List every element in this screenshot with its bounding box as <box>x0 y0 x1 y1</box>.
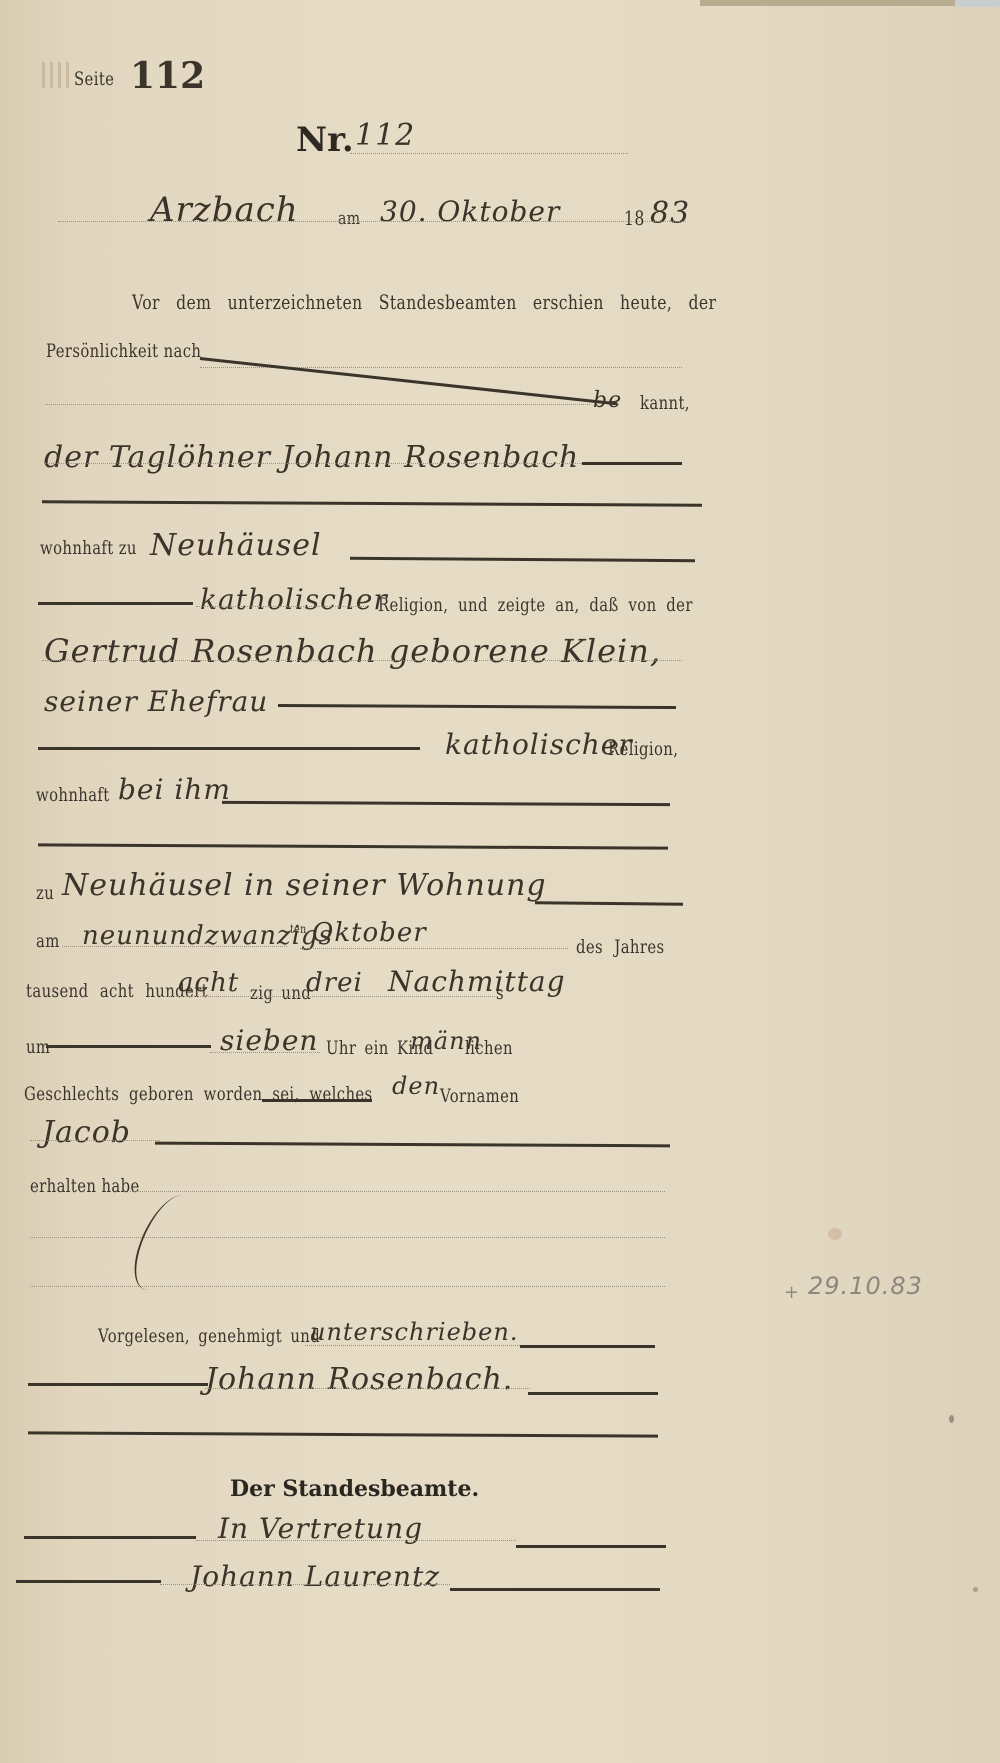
decade-value: acht <box>178 968 239 998</box>
mother-religion-blank-rule <box>38 747 420 750</box>
official-dots-2 <box>160 1584 450 1585</box>
birthplace-value: Neuhäusel in seiner Wohnung <box>62 868 547 903</box>
informant-dots <box>44 463 604 464</box>
unit-value: drei <box>306 968 363 998</box>
month-value: Oktober <box>312 918 427 948</box>
year-prefix: 18 <box>624 206 645 230</box>
page-tab <box>955 0 1000 7</box>
child-name-rule <box>155 1142 670 1148</box>
received-label: erhalten habe <box>30 1175 140 1197</box>
entry-number: 112 <box>355 118 415 153</box>
mother-relation-rule <box>278 704 676 709</box>
signature-rule-right <box>528 1392 658 1395</box>
strike-through-line <box>200 357 618 405</box>
margin-cross: + <box>784 1282 800 1303</box>
sex-line-rule <box>262 1099 372 1102</box>
approval-label: Vorgelesen, genehmigt und <box>98 1325 320 1347</box>
place-date-line <box>58 221 686 222</box>
signature-rule-left <box>28 1383 208 1386</box>
personality-label: Persönlichkeit nach <box>46 340 201 362</box>
name-connector: den <box>392 1072 440 1100</box>
residence-value: Neuhäusel <box>150 528 322 563</box>
entry-label: Nr. <box>296 120 354 160</box>
month-dots <box>300 948 568 949</box>
blank-dots-2 <box>30 1286 665 1287</box>
date-connector: am <box>338 208 360 229</box>
name-label: Vornamen <box>440 1085 519 1107</box>
official-signature: Johann Laurentz <box>190 1560 440 1593</box>
approval-value: unterschrieben. <box>310 1318 518 1346</box>
official-rule-2-left <box>16 1580 161 1583</box>
time-of-day-suffix: s <box>496 982 504 1004</box>
blank-dots-1 <box>30 1237 665 1238</box>
page-number: 112 <box>130 55 205 97</box>
child-name-dots <box>30 1140 160 1141</box>
religion-line: Religion, und zeigte an, daß von der <box>378 594 693 616</box>
date-label: am <box>36 930 60 952</box>
blank-rule-1 <box>42 500 702 506</box>
intro-line: Vor dem unterzeichneten Standesbeamten e… <box>132 290 716 314</box>
official-rule-2-right <box>450 1588 660 1591</box>
mother-religion-label: Religion, <box>608 738 678 760</box>
page-label: Seite <box>74 68 114 90</box>
received-dots <box>130 1191 665 1192</box>
known-prefix: be <box>593 388 622 413</box>
mother-dots <box>42 660 682 661</box>
closing-rule <box>28 1431 658 1437</box>
known-line <box>45 404 590 405</box>
mother-residence-value: bei ihm <box>118 773 231 806</box>
known-label: kannt, <box>640 392 690 414</box>
day-suffix: ten <box>290 922 307 936</box>
date-value: 30. Oktober <box>380 195 560 228</box>
official-rule-1-left <box>24 1536 196 1539</box>
place-value: Arzbach <box>150 190 299 230</box>
entry-number-line <box>350 153 628 154</box>
speck <box>949 1415 954 1423</box>
mother-name: Gertrud Rosenbach geborene Klein, <box>44 632 661 670</box>
residence-label: wohnhaft zu <box>40 537 137 559</box>
informant-name: der Taglöhner Johann Rosenbach <box>44 440 579 475</box>
official-rule-1-right <box>516 1545 666 1548</box>
religion-value: katholischer <box>200 583 388 616</box>
approval-rule <box>520 1345 655 1348</box>
time-of-day-value: Nachmittag <box>388 965 566 998</box>
residence-rule <box>350 557 695 562</box>
blank-rule-2 <box>38 843 668 849</box>
hour-blank-rule <box>46 1045 211 1048</box>
signature-dots <box>205 1388 530 1389</box>
birthplace-label: zu <box>36 882 54 904</box>
official-heading: Der Standesbeamte. <box>230 1476 479 1502</box>
stain <box>828 1228 842 1240</box>
informant-rule <box>582 462 682 465</box>
speck <box>973 1587 978 1592</box>
mother-relation: seiner Ehefrau <box>44 685 268 718</box>
year-suffix: 83 <box>650 196 690 231</box>
religion-blank-rule <box>38 602 193 605</box>
birthplace-rule <box>535 901 683 906</box>
religion-dots <box>196 606 366 607</box>
mother-residence-rule <box>222 801 670 806</box>
sex-suffix: lichen <box>465 1037 513 1059</box>
handwritten-brace <box>123 1195 200 1290</box>
approval-dots <box>305 1345 520 1346</box>
official-dots-1 <box>196 1540 516 1541</box>
mother-residence-label: wohnhaft <box>36 784 110 806</box>
informant-signature: Johann Rosenbach. <box>205 1362 513 1397</box>
year-label: des Jahres <box>576 936 665 958</box>
margin-death-date: 29.10.83 <box>808 1272 923 1300</box>
mother-religion-value: katholischer <box>445 728 633 761</box>
bleed-through-mark <box>42 62 72 88</box>
decade-suffix: zig und <box>250 982 311 1004</box>
child-name: Jacob <box>42 1115 131 1150</box>
year-dots <box>160 996 495 997</box>
hour-dots <box>210 1052 320 1053</box>
